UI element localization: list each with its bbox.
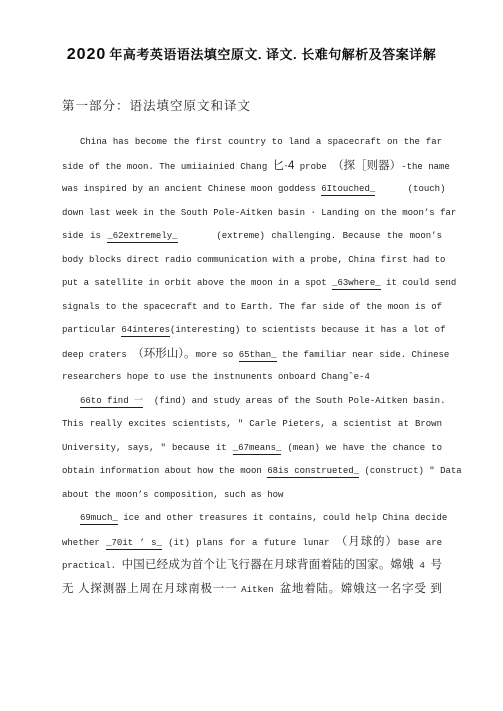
blank-answer: 6Itouched_: [321, 184, 375, 196]
title-year: 2020: [67, 46, 107, 63]
text-line: signals to the spacecraft and to Earth. …: [62, 296, 442, 320]
text-run: practical.: [62, 561, 122, 571]
blank-answer: 69much_: [80, 513, 118, 525]
text-run: 4: [414, 561, 431, 571]
text-line: was inspired by an ancient Chinese moon …: [62, 178, 442, 202]
text-line: deep craters （环形山）。more so 65than_ the f…: [62, 343, 442, 367]
section-heading: 第一部分：语法填空原文和译文: [62, 96, 503, 114]
text-run: Aitken: [241, 585, 280, 595]
text-line: side of the moon. The umiiainied Chang 匕…: [62, 155, 442, 179]
text-run: [143, 396, 154, 406]
text-line: body blocks direct radio communication w…: [62, 249, 442, 273]
cjk-text-run: 匕·4: [273, 160, 295, 172]
text-run: obtain information about how the moon: [62, 466, 267, 476]
text-run: This really excites scientists, ″ Carle …: [62, 419, 442, 429]
text-run: signals to the spacecraft and to Earth. …: [62, 302, 442, 312]
text-line: put a satellite in orbit above the moon …: [62, 272, 442, 296]
text-run: researchers hope to use the instnunents …: [62, 372, 370, 382]
cjk-text-run: （环形山）。: [132, 348, 195, 360]
cjk-text-run: （月球的）: [336, 536, 398, 548]
text-line: about the moon’s composition, such as ho…: [62, 484, 442, 508]
text-line: obtain information about how the moon 68…: [62, 460, 442, 484]
text-line: practical. 中国已经成为首个让飞行器在月球背面着陆的国家。嫦娥 4 号: [62, 554, 442, 578]
cjk-text-run: 中国已经成为首个让飞行器在月球背面着陆的国家。嫦娥: [122, 559, 414, 571]
text-run: more so: [195, 350, 238, 360]
text-line: This really excites scientists, ″ Carle …: [62, 413, 442, 437]
title-text: 年高考英语语法填空原文. 译文. 长难句解析及答案详解: [109, 47, 436, 62]
text-line: down last week in the South Pole-Aitken …: [62, 202, 442, 226]
text-run: it could send: [381, 278, 457, 288]
text-run: (find) and study areas of the South Pole…: [154, 396, 446, 406]
text-run: University, says, ″ because it: [62, 443, 233, 453]
document-title: 2020年高考英语语法填空原文. 译文. 长难句解析及答案详解: [0, 0, 503, 64]
text-run: body blocks direct radio communication w…: [62, 255, 445, 265]
text-run: side of the moon. The umiiainied Chang: [62, 162, 273, 172]
blank-answer: 64interes: [121, 325, 170, 337]
text-run: China has become the first country to la…: [80, 137, 442, 147]
body-text: China has become the first country to la…: [62, 131, 442, 601]
cjk-text-run: 盆地着陆。嫦娥这一名字受 到: [280, 583, 442, 595]
text-run: (construct) ″ Data: [359, 466, 462, 476]
blank-answer: 65than_: [239, 350, 277, 362]
text-run: was inspired by an ancient Chinese moon …: [62, 184, 321, 194]
blank-answer: 66to find 一: [80, 396, 143, 408]
text-run: particular: [62, 325, 121, 335]
text-run: [375, 184, 407, 194]
text-run: ice and other treasures it contains, cou…: [118, 513, 447, 523]
text-run: (it) plans for a future lunar: [162, 538, 336, 548]
document-page: 2020年高考英语语法填空原文. 译文. 长难句解析及答案详解 第一部分：语法填…: [0, 0, 503, 711]
blank-answer: _63where_: [332, 278, 381, 290]
text-run: (extreme) challenging. Because the moon’…: [216, 231, 442, 241]
text-run: (interesting) to scientists because it h…: [170, 325, 445, 335]
text-run: about the moon’s composition, such as ho…: [62, 490, 283, 500]
text-run: -the name: [401, 162, 450, 172]
cjk-text-run: （探［则器）: [332, 160, 401, 172]
text-run: [178, 231, 217, 241]
blank-answer: _67means_: [233, 443, 282, 455]
text-line: China has become the first country to la…: [62, 131, 442, 155]
text-run: (mean) we have the chance to: [281, 443, 442, 453]
text-run: side is: [62, 231, 107, 241]
text-run: deep craters: [62, 350, 132, 360]
text-run: the familiar near side. Chinese: [277, 350, 450, 360]
text-line: researchers hope to use the instnunents …: [62, 366, 442, 390]
blank-answer: 68is construeted_: [267, 466, 359, 478]
cjk-text-run: 无 人探测器上周在月球南极一一: [62, 583, 241, 595]
text-run: base are: [398, 538, 442, 548]
text-run: (touch): [408, 184, 446, 194]
text-line: 无 人探测器上周在月球南极一一 Aitken 盆地着陆。嫦娥这一名字受 到: [62, 578, 442, 602]
text-line: 69much_ ice and other treasures it conta…: [62, 507, 442, 531]
text-line: side is _62extremely_ (extreme) challeng…: [62, 225, 442, 249]
text-line: whether _70it ’ s_ (it) plans for a futu…: [62, 531, 442, 555]
blank-answer: _70it ’ s_: [106, 538, 162, 550]
text-run: whether: [62, 538, 106, 548]
text-run: probe: [294, 162, 332, 172]
text-run: down last week in the South Pole-Aitken …: [62, 208, 456, 218]
blank-answer: _62extremely_: [107, 231, 177, 243]
cjk-text-run: 号: [431, 559, 443, 571]
text-line: 66to find 一 (find) and study areas of th…: [62, 390, 442, 414]
text-line: University, says, ″ because it _67means_…: [62, 437, 442, 461]
text-run: put a satellite in orbit above the moon …: [62, 278, 332, 288]
text-line: particular 64interes(interesting) to sci…: [62, 319, 442, 343]
